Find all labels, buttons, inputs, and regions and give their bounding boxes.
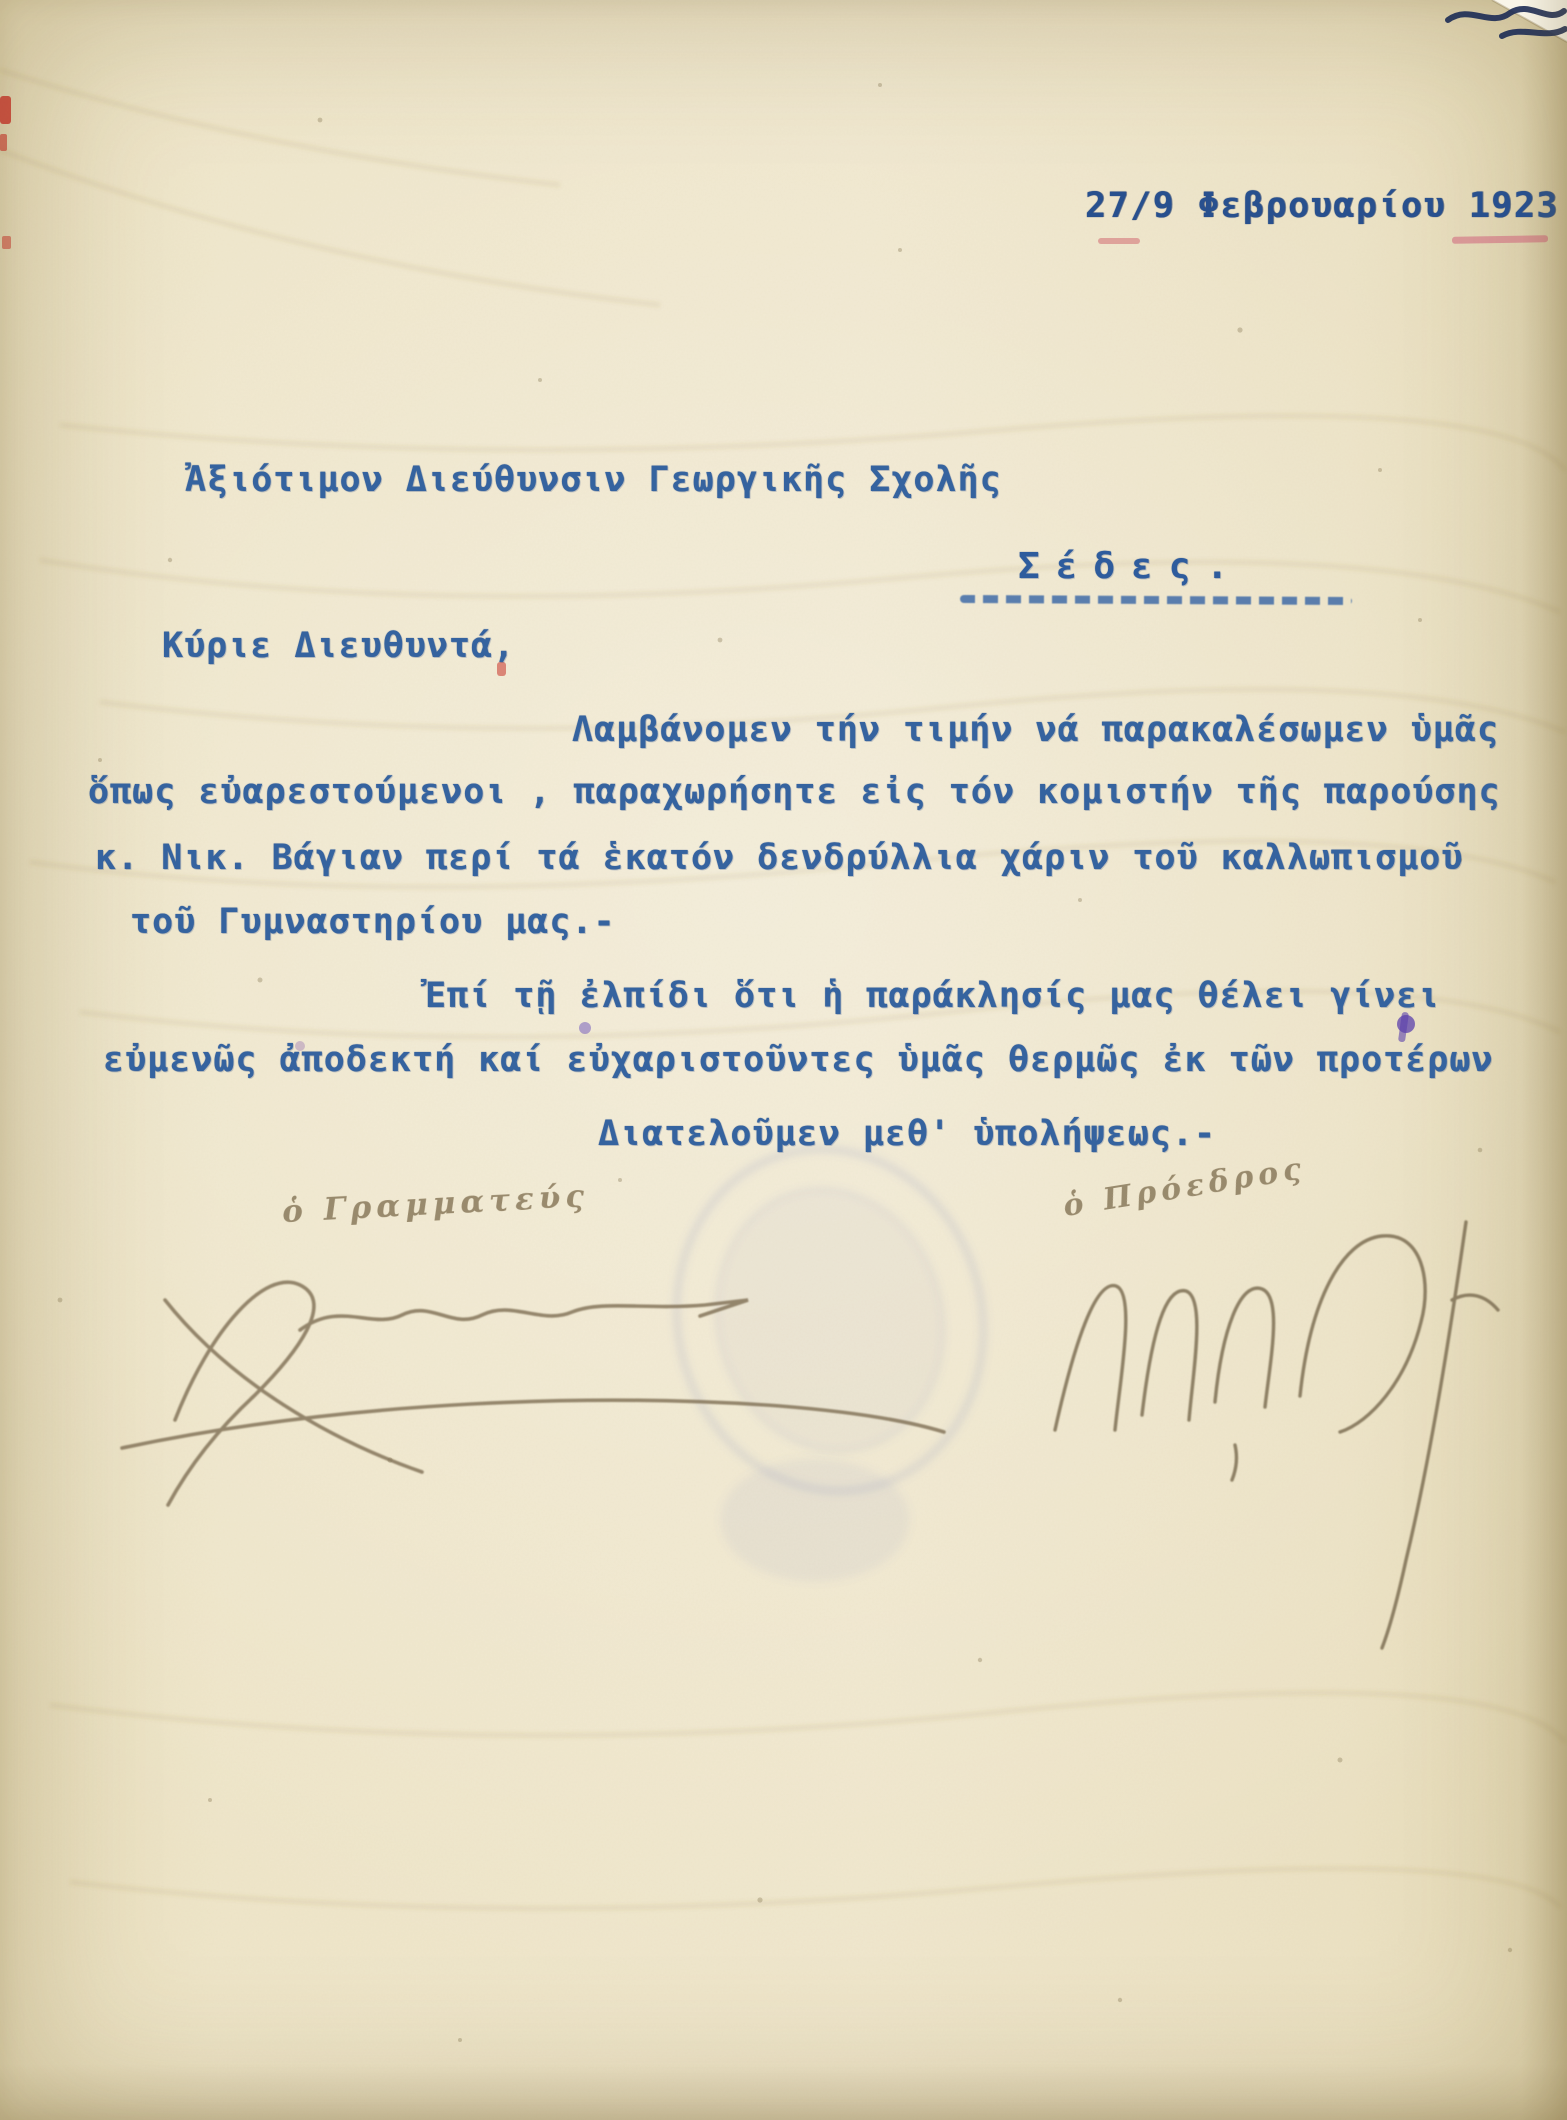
place-line: Σέδες. bbox=[1018, 546, 1244, 587]
paragraph1-line2: ὅπως εὐαρεστούμενοι , παραχωρήσητε εἰς τ… bbox=[88, 772, 1501, 812]
salutation-line: Κύριε Διευθυντά, bbox=[162, 626, 515, 666]
left-signature-flourish bbox=[122, 1282, 944, 1505]
closing-line: Διατελοῦμεν μεθ' ὑπολήψεως.- bbox=[598, 1114, 1216, 1154]
stamp-faint-oval bbox=[641, 1116, 1019, 1523]
paragraph2-line2: εὐμενῶς ἀποδεκτή καί εὐχαριστοῦντες ὑμᾶς… bbox=[103, 1040, 1494, 1080]
right-signature-flourish bbox=[1055, 1222, 1498, 1648]
right-signature-title: ὁ Πρόεδρος bbox=[1061, 1151, 1309, 1224]
page-edge-shadow-right bbox=[1521, 0, 1567, 2120]
left-signature-title: ὁ Γραμματεύς bbox=[281, 1178, 590, 1230]
red-ink-smudges bbox=[497, 235, 1548, 676]
recipient-line: Ἀξιότιμον Διεύθυνσιν Γεωργικῆς Σχολῆς bbox=[185, 460, 1002, 500]
place-underline-dashes bbox=[960, 595, 1352, 605]
paragraph1-line4: τοῦ Γυμναστηρίου μας.- bbox=[130, 902, 616, 942]
scanned-letter-page: 27/9 Φεβρουαρίου 1923 Ἀξιότιμον Διεύθυνσ… bbox=[0, 0, 1567, 2120]
page-edge-shadow-bottom bbox=[0, 2064, 1567, 2120]
red-edge-marks bbox=[0, 96, 11, 249]
paragraph1-line1: Λαμβάνομεν τήν τιμήν νά παρακαλέσωμεν ὑμ… bbox=[572, 710, 1499, 750]
paragraph1-line3: κ. Νικ. Βάγιαν περί τά ἑκατόν δενδρύλλια… bbox=[95, 838, 1463, 878]
stamp-smudge bbox=[720, 1458, 910, 1582]
paragraph2-line1: Ἐπί τῇ ἐλπίδι ὅτι ἡ παράκλησίς μας θέλει… bbox=[425, 976, 1440, 1016]
letter-date: 27/9 Φεβρουαρίου 1923 bbox=[1085, 186, 1559, 226]
